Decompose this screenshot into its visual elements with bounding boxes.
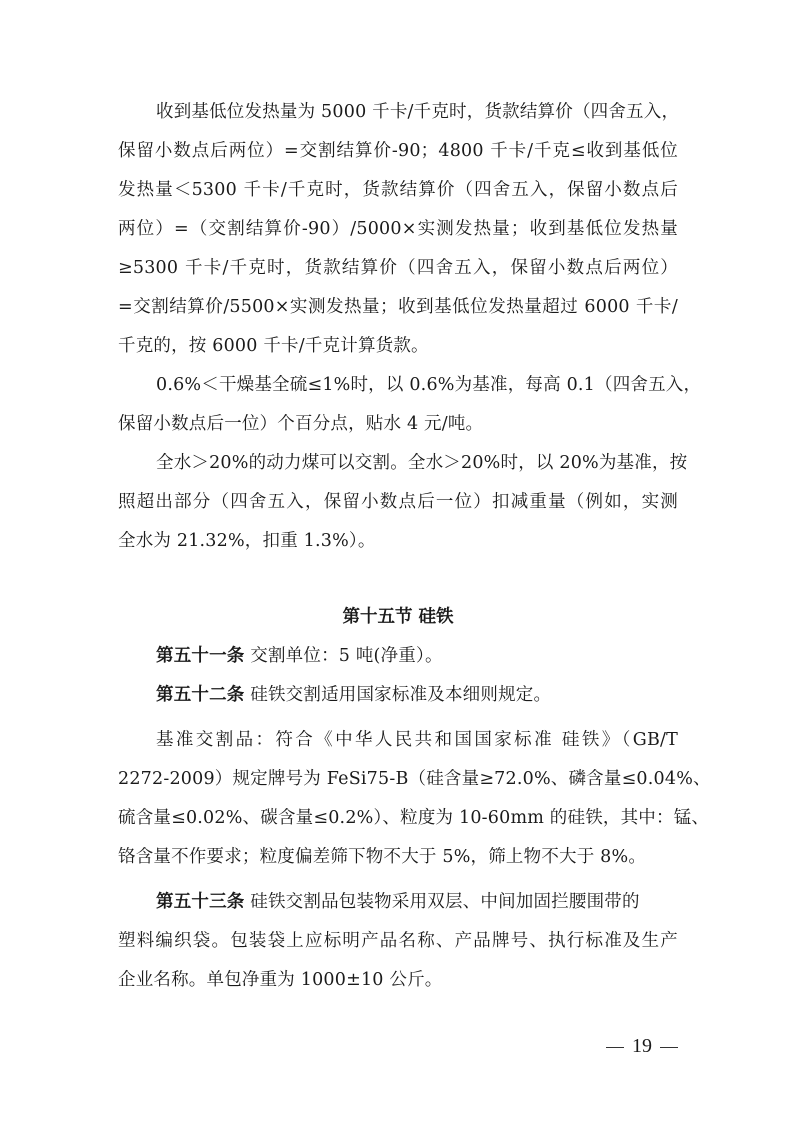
paragraph-line: 硫含量≤0.02%、碳含量≤0.2%）、粒度为 10-60mm 的硅铁，其中：锰… (118, 806, 678, 830)
dash-decoration (606, 1047, 624, 1049)
article-53: 第五十三条 硅铁交割品包装物采用双层、中间加固拦腰围带的 (156, 890, 640, 914)
section-title: 第十五节 硅铁 (118, 605, 678, 629)
paragraph-line: 铬含量不作要求；粒度偏差筛下物不大于 5%，筛上物不大于 8%。 (118, 845, 646, 869)
article-text: 交割单位：5 吨(净重）。 (250, 646, 442, 666)
page-number-value: 19 (632, 1035, 652, 1057)
article-number: 第五十一条 (156, 646, 245, 666)
paragraph-line: 塑料编织袋。包装袋上应标明产品名称、产品牌号、执行标准及生产 (118, 929, 678, 953)
paragraph-line: 千克的，按 6000 千卡/千克计算货款。 (118, 334, 429, 358)
article-51: 第五十一条 交割单位：5 吨(净重）。 (156, 644, 443, 668)
paragraph-line: 保留小数点后一位）个百分点，贴水 4 元/吨。 (118, 412, 483, 436)
paragraph-line: 基准交割品：符合《中华人民共和国国家标准 硅铁》（GB/T (156, 728, 678, 752)
paragraph-line: 0.6%＜干燥基全硫≤1%时，以 0.6%为基准，每高 0.1（四舍五入， (156, 373, 678, 397)
paragraph-line: 全水为 21.32%，扣重 1.3%）。 (118, 529, 376, 553)
paragraph-line: 全水＞20%的动力煤可以交割。全水＞20%时，以 20%为基准，按 (156, 451, 678, 475)
article-text: 硅铁交割适用国家标准及本细则规定。 (250, 685, 551, 705)
paragraph-line: 两位）=（交割结算价-90）/5000×实测发热量；收到基低位发热量 (118, 217, 678, 241)
article-number: 第五十三条 (156, 892, 245, 912)
paragraph-line: 照超出部分（四舍五入，保留小数点后一位）扣减重量（例如，实测 (118, 490, 678, 514)
dash-decoration (660, 1047, 678, 1049)
paragraph-line: 保留小数点后两位）=交割结算价-90；4800 千卡/千克≤收到基低位 (118, 139, 678, 163)
paragraph-line: 企业名称。单包净重为 1000±10 公斤。 (118, 968, 443, 992)
paragraph-line: =交割结算价/5500×实测发热量；收到基低位发热量超过 6000 千卡/ (118, 295, 678, 319)
page-number: 19 (598, 1034, 686, 1058)
paragraph-line: 2272-2009）规定牌号为 FeSi75-B（硅含量≥72.0%、磷含量≤0… (118, 767, 678, 791)
article-52: 第五十二条 硅铁交割适用国家标准及本细则规定。 (156, 683, 551, 707)
paragraph-line: 发热量＜5300 千卡/千克时，货款结算价（四舍五入，保留小数点后 (118, 178, 678, 202)
paragraph-line: 收到基低位发热量为 5000 千卡/千克时，货款结算价（四舍五入， (156, 100, 678, 124)
article-text: 硅铁交割品包装物采用双层、中间加固拦腰围带的 (250, 892, 639, 912)
article-number: 第五十二条 (156, 685, 245, 705)
paragraph-line: ≥5300 千卡/千克时，货款结算价（四舍五入，保留小数点后两位） (118, 256, 678, 280)
